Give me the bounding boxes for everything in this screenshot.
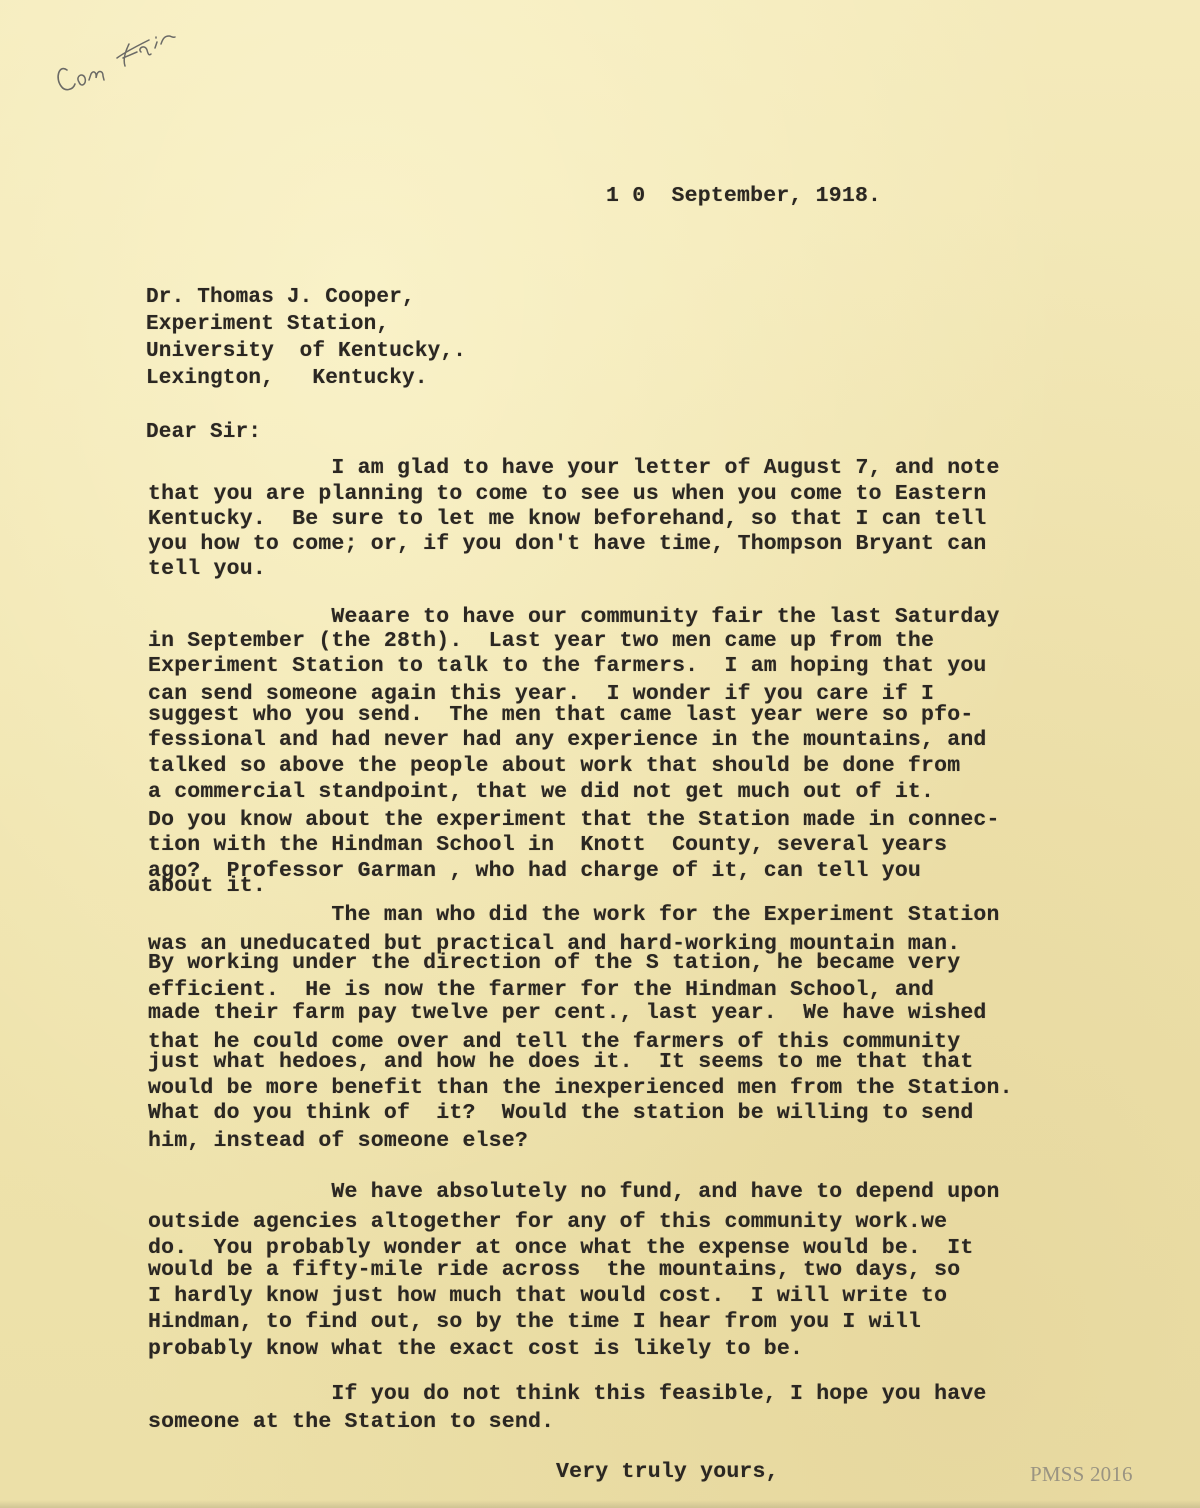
paragraph-line: The man who did the work for the Experim… [148,903,1000,927]
paragraph-line: If you do not think this feasible, I hop… [148,1382,987,1406]
paragraph-line: you how to come; or, if you don't have t… [148,532,987,556]
handwritten-annotation [45,18,205,98]
letter-date: 1 0 September, 1918. [606,184,881,208]
paragraph-line: that you are planning to come to see us … [148,482,987,506]
paragraph-line: I hardly know just how much that would c… [148,1284,947,1308]
paragraph-line: I am glad to have your letter of August … [148,456,1000,480]
salutation: Dear Sir: [146,421,261,444]
paragraph-line: fessional and had never had any experien… [148,728,987,752]
paragraph-line: talked so above the people about work th… [148,754,960,778]
letter-page: 1 0 September, 1918. Dr. Thomas J. Coope… [0,0,1200,1508]
recipient-university: University of Kentucky,. [146,340,466,363]
paragraph-line: do. You probably wonder at once what the… [148,1236,973,1260]
pencil-annotation-icon [45,18,205,98]
paragraph-line: about it. [148,874,266,898]
recipient-city: Lexington, Kentucky. [146,367,428,390]
paper-edge [0,1500,1200,1508]
paragraph-line: Kentucky. Be sure to let me know beforeh… [148,507,987,531]
paragraph-line: We have absolutely no fund, and have to … [148,1180,1000,1204]
paragraph-line: tell you. [148,557,266,581]
paragraph-line: suggest who you send. The men that came … [148,703,973,727]
paragraph-line: a commercial standpoint, that we did not… [148,780,934,804]
paragraph-line: in September (the 28th). Last year two m… [148,629,934,653]
paragraph-line: would be more benefit than the inexperie… [148,1076,1013,1100]
recipient-name: Dr. Thomas J. Cooper, [146,286,415,309]
paragraph-line: made their farm pay twelve per cent., la… [148,1001,987,1025]
recipient-organization: Experiment Station, [146,313,389,336]
paragraph-line: him, instead of someone else? [148,1129,528,1153]
archive-watermark: PMSS 2016 [1030,1462,1133,1487]
paragraph-line: Do you know about the experiment that th… [148,808,1000,832]
paragraph-line: Experiment Station to talk to the farmer… [148,654,987,678]
paragraph-line: probably know what the exact cost is lik… [148,1337,803,1361]
paragraph-line: What do you think of it? Would the stati… [148,1101,973,1125]
paragraph-line: tion with the Hindman School in Knott Co… [148,833,947,857]
paragraph-line: just what hedoes, and how he does it. It… [148,1050,973,1074]
paragraph-line: would be a fifty-mile ride across the mo… [148,1258,960,1282]
paragraph-line: By working under the direction of the S … [148,951,960,975]
paragraph-line: efficient. He is now the farmer for the … [148,978,934,1002]
paragraph-line: outside agencies altogether for any of t… [148,1210,947,1234]
closing: Very truly yours, [556,1460,779,1484]
paragraph-line: Hindman, to find out, so by the time I h… [148,1310,921,1334]
paragraph-line: Weaare to have our community fair the la… [148,605,1000,629]
paragraph-line: someone at the Station to send. [148,1410,554,1434]
